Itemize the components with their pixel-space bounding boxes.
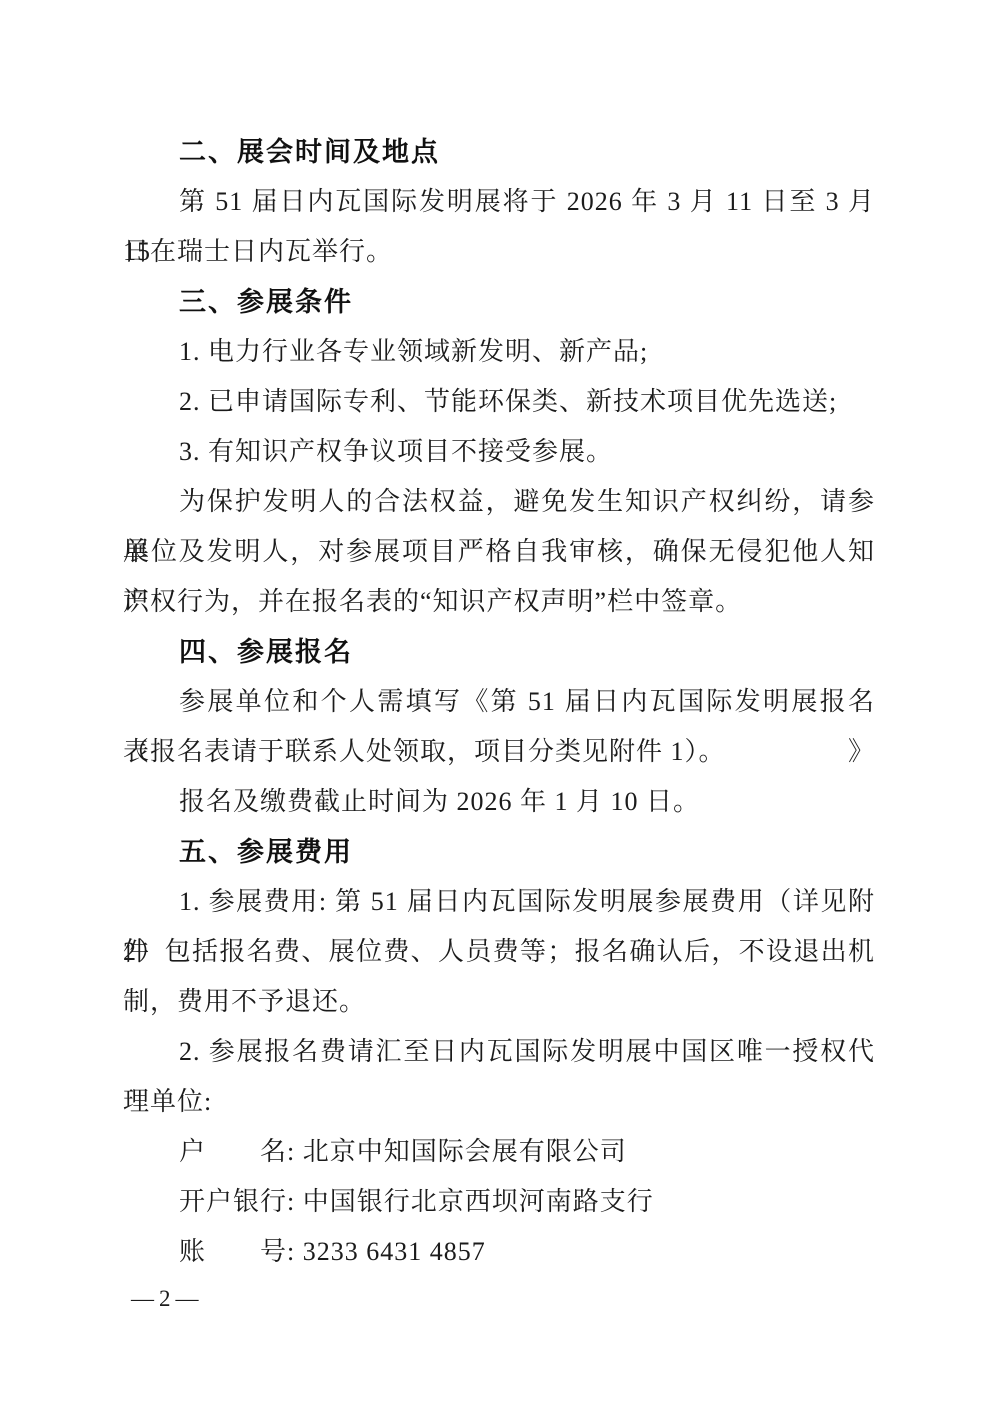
text-line: 制，费用不予退还。 xyxy=(123,977,875,1027)
section-heading-conditions: 三、参展条件 xyxy=(123,277,875,327)
section-heading-fees: 五、参展费用 xyxy=(123,827,875,877)
list-item: 1. 电力行业各专业领域新发明、新产品; xyxy=(123,327,875,377)
text-line: 日在瑞士日内瓦举行。 xyxy=(123,227,875,277)
text-line: 报名及缴费截止时间为 2026 年 1 月 10 日。 xyxy=(123,777,875,827)
list-item: 3. 有知识产权争议项目不接受参展。 xyxy=(123,427,875,477)
text-line: 1. 参展费用: 第 51 届日内瓦国际发明展参展费用（详见附件 xyxy=(123,877,875,927)
account-number-line: 账 号: 3233 6431 4857 xyxy=(123,1227,875,1277)
text-line: 单位及发明人，对参展项目严格自我审核，确保无侵犯他人知识 xyxy=(123,527,875,577)
text-line: 2. 参展报名费请汇至日内瓦国际发明展中国区唯一授权代 xyxy=(123,1027,875,1077)
document-body: 二、展会时间及地点 第 51 届日内瓦国际发明展将于 2026 年 3 月 11… xyxy=(123,127,875,1277)
text-line: 为保护发明人的合法权益，避免发生知识产权纠纷，请参展 xyxy=(123,477,875,527)
section-heading-venue: 二、展会时间及地点 xyxy=(123,127,875,177)
text-line: 产权行为，并在报名表的“知识产权声明”栏中签章。 xyxy=(123,577,875,627)
list-item: 2. 已申请国际专利、节能环保类、新技术项目优先选送; xyxy=(123,377,875,427)
account-name-line: 户 名: 北京中知国际会展有限公司 xyxy=(123,1127,875,1177)
page-number: —2— xyxy=(131,1284,204,1314)
section-heading-registration: 四、参展报名 xyxy=(123,627,875,677)
text-line: 2）包括报名费、展位费、人员费等；报名确认后，不设退出机 xyxy=(123,927,875,977)
document-page: 二、展会时间及地点 第 51 届日内瓦国际发明展将于 2026 年 3 月 11… xyxy=(0,0,992,1403)
text-line: 参展单位和个人需填写《第 51 届日内瓦国际发明展报名表》 xyxy=(123,677,875,727)
bank-name-line: 开户银行: 中国银行北京西坝河南路支行 xyxy=(123,1177,875,1227)
text-line: 第 51 届日内瓦国际发明展将于 2026 年 3 月 11 日至 3 月 15 xyxy=(123,177,875,227)
text-line: 理单位: xyxy=(123,1077,875,1127)
